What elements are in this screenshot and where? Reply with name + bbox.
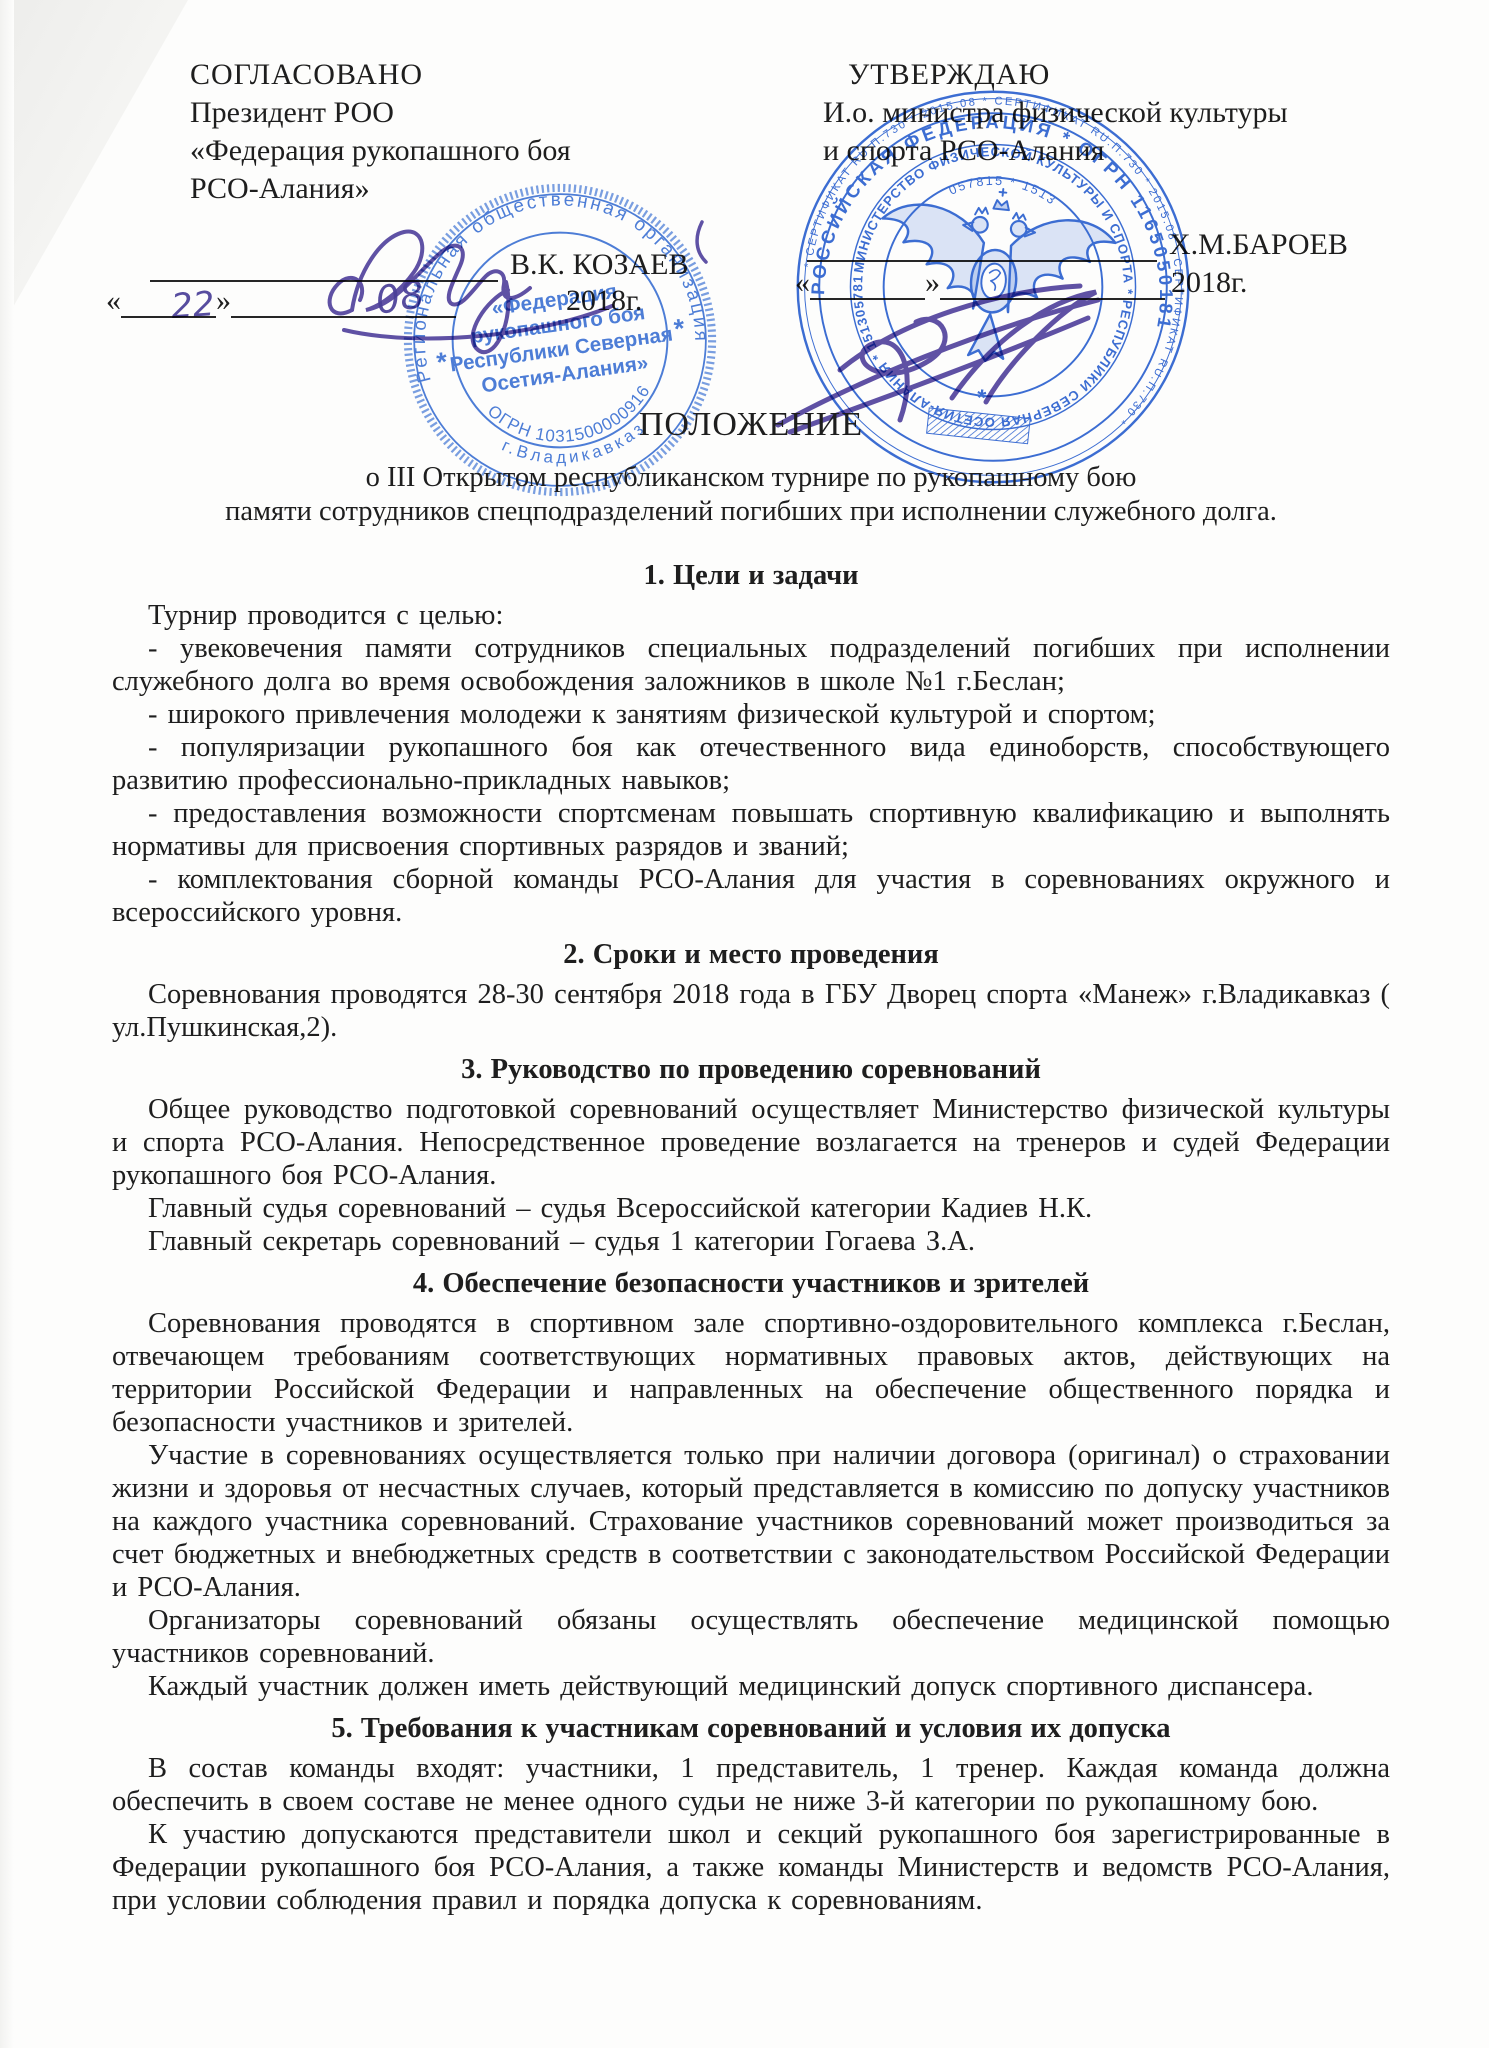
paragraph: Соревнования проводятся 28-30 сентября 2… bbox=[112, 978, 1390, 1044]
close-quote: » bbox=[216, 284, 231, 318]
stamp-star-left: * bbox=[435, 346, 450, 377]
open-quote: « bbox=[106, 284, 121, 318]
subtitle-line: памяти сотрудников спецподразделений пог… bbox=[112, 495, 1390, 529]
paragraph: - комплектования сборной команды РСО-Ала… bbox=[112, 863, 1390, 929]
stamp-center-text: «Федерация рукопашного боя Республики Се… bbox=[442, 273, 678, 401]
double-headed-eagle-emblem bbox=[869, 177, 1120, 373]
paragraph: - популяризации рукопашного боя как отеч… bbox=[112, 731, 1390, 797]
paragraph: В состав команды входят: участники, 1 пр… bbox=[112, 1752, 1390, 1818]
paragraph: Участие в соревнованиях осуществляется т… bbox=[112, 1439, 1390, 1604]
paragraph: К участию допускаются представители школ… bbox=[112, 1818, 1390, 1917]
section-heading-5: 5. Требования к участникам соревнований … bbox=[112, 1713, 1390, 1745]
day-blank-left bbox=[121, 282, 216, 318]
approver-role-line: «Федерация рукопашного боя bbox=[190, 132, 571, 170]
paragraph: Соревнования проводятся в спортивном зал… bbox=[112, 1307, 1390, 1439]
document-body: 1. Цели и задачи Турнир проводится с цел… bbox=[112, 550, 1390, 1917]
paragraph: Главный судья соревнований – судья Всеро… bbox=[112, 1192, 1390, 1225]
approver-role-line: Президент РОО bbox=[190, 94, 571, 132]
document-title: ПОЛОЖЕНИЕ bbox=[112, 406, 1390, 444]
document-subtitle: о III Открытом республиканском турнире п… bbox=[112, 461, 1390, 529]
section-heading-3: 3. Руководство по проведению соревновани… bbox=[112, 1054, 1390, 1086]
scan-edge-shadow bbox=[0, 0, 14, 2048]
section-heading-2: 2. Сроки и место проведения bbox=[112, 939, 1390, 971]
scanned-document-page: СОГЛАСОВАНО Президент РОО «Федерация рук… bbox=[0, 0, 1489, 2048]
ministry-state-seal-stamp: * СЕРТИФИКАТ RU.П.730 * 2015.08 * СЕРТИФ… bbox=[768, 62, 1219, 513]
stamp-star-right: * bbox=[672, 313, 687, 344]
section-heading-4: 4. Обеспечение безопасности участников и… bbox=[112, 1268, 1390, 1300]
agreed-label: СОГЛАСОВАНО bbox=[190, 56, 571, 94]
paragraph: Каждый участник должен иметь действующий… bbox=[112, 1670, 1390, 1703]
paragraph: - предоставления возможности спортсменам… bbox=[112, 797, 1390, 863]
subtitle-line: о III Открытом республиканском турнире п… bbox=[112, 461, 1390, 495]
paragraph: Главный секретарь соревнований – судья 1… bbox=[112, 1225, 1390, 1258]
paragraph: Турнир проводится с целью: bbox=[112, 599, 1390, 632]
paragraph: - увековечения памяти сотрудников специа… bbox=[112, 632, 1390, 698]
paragraph: Организаторы соревнований обязаны осущес… bbox=[112, 1604, 1390, 1670]
paragraph: - широкого привлечения молодежи к заняти… bbox=[112, 698, 1390, 731]
paragraph: Общее руководство подготовкой соревнован… bbox=[112, 1093, 1390, 1192]
section-heading-1: 1. Цели и задачи bbox=[112, 560, 1390, 592]
